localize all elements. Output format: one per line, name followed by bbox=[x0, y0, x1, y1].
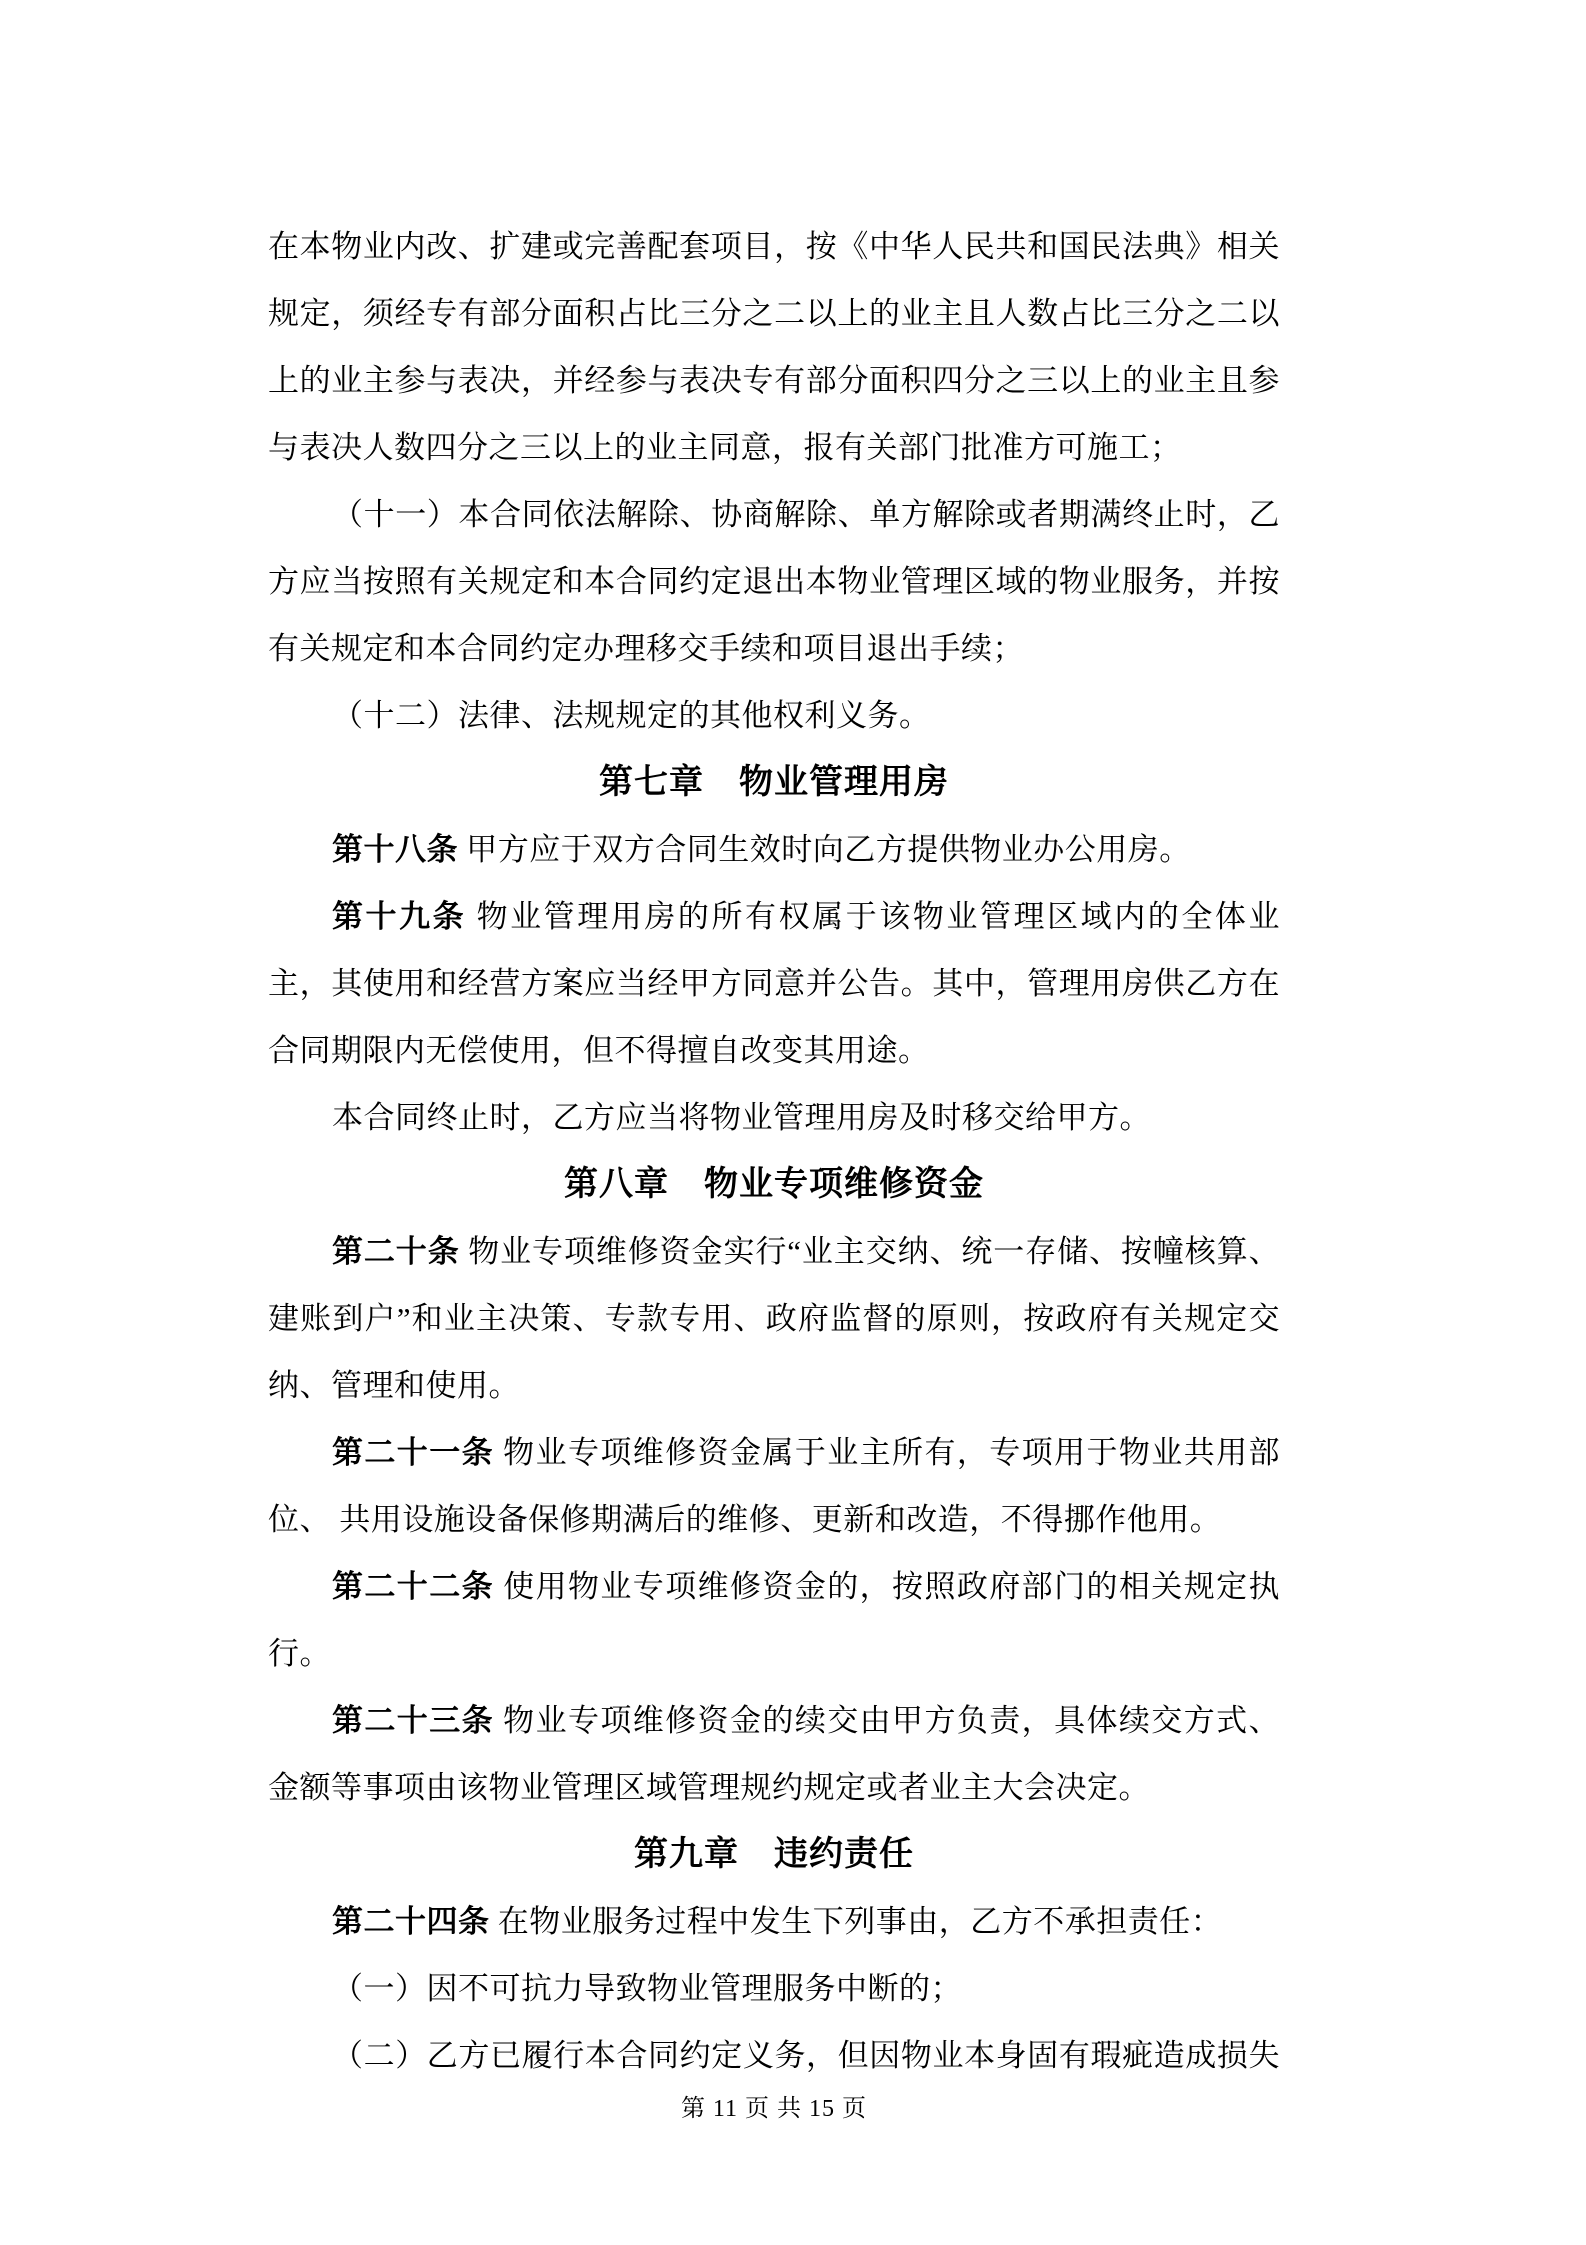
chapter-heading: 第九章 违约责任 bbox=[268, 1821, 1280, 1888]
document-line: 第二十一条 物业专项维修资金属于业主所有，专项用于物业共用部 bbox=[268, 1419, 1280, 1486]
document-line: 在本物业内改、扩建或完善配套项目，按《中华人民共和国民法典》相关 bbox=[268, 213, 1280, 280]
document-line: 位、 共用设施设备保修期满后的维修、更新和改造，不得挪作他用。 bbox=[268, 1486, 1280, 1553]
chapter-heading: 第八章 物业专项维修资金 bbox=[268, 1151, 1280, 1218]
article-number: 第二十一条 bbox=[332, 1435, 494, 1470]
article-number: 第十八条 bbox=[332, 832, 458, 867]
chapter-heading: 第七章 物业管理用房 bbox=[268, 749, 1280, 816]
article-number: 第二十条 bbox=[332, 1234, 460, 1269]
article-number: 第二十三条 bbox=[332, 1703, 494, 1738]
document-line: 第二十条 物业专项维修资金实行“业主交纳、统一存储、按幢核算、 bbox=[268, 1218, 1280, 1285]
document-line: 方应当按照有关规定和本合同约定退出本物业管理区域的物业服务，并按 bbox=[268, 548, 1280, 615]
document-page: 在本物业内改、扩建或完善配套项目，按《中华人民共和国民法典》相关规定，须经专有部… bbox=[268, 213, 1280, 2089]
article-number: 第十九条 bbox=[332, 899, 466, 934]
document-line: 规定，须经专有部分面积占比三分之二以上的业主且人数占比三分之二以 bbox=[268, 280, 1280, 347]
document-line: 有关规定和本合同约定办理移交手续和项目退出手续； bbox=[268, 615, 1280, 682]
document-line: 本合同终止时，乙方应当将物业管理用房及时移交给甲方。 bbox=[268, 1084, 1280, 1151]
document-line: 上的业主参与表决，并经参与表决专有部分面积四分之三以上的业主且参 bbox=[268, 347, 1280, 414]
document-line: 建账到户”和业主决策、专款专用、政府监督的原则，按政府有关规定交 bbox=[268, 1285, 1280, 1352]
document-line: 第二十三条 物业专项维修资金的续交由甲方负责，具体续交方式、 bbox=[268, 1687, 1280, 1754]
document-line: 合同期限内无偿使用，但不得擅自改变其用途。 bbox=[268, 1017, 1280, 1084]
document-line: （十一）本合同依法解除、协商解除、单方解除或者期满终止时，乙 bbox=[268, 481, 1280, 548]
document-line: 第十九条 物业管理用房的所有权属于该物业管理区域内的全体业 bbox=[268, 883, 1280, 950]
document-line: 第二十四条 在物业服务过程中发生下列事由，乙方不承担责任： bbox=[268, 1888, 1280, 1955]
document-line: 第二十二条 使用物业专项维修资金的，按照政府部门的相关规定执 bbox=[268, 1553, 1280, 1620]
article-number: 第二十四条 bbox=[332, 1904, 490, 1939]
document-line: 第十八条 甲方应于双方合同生效时向乙方提供物业办公用房。 bbox=[268, 816, 1280, 883]
page-footer: 第 11 页 共 15 页 bbox=[268, 2086, 1280, 2132]
document-line: 与表决人数四分之三以上的业主同意，报有关部门批准方可施工； bbox=[268, 414, 1280, 481]
document-line: （十二）法律、法规规定的其他权利义务。 bbox=[268, 682, 1280, 749]
document-line: 行。 bbox=[268, 1620, 1280, 1687]
document-line: 金额等事项由该物业管理区域管理规约规定或者业主大会决定。 bbox=[268, 1754, 1280, 1821]
document-line: （二）乙方已履行本合同约定义务，但因物业本身固有瑕疵造成损失 bbox=[268, 2022, 1280, 2089]
document-line: （一）因不可抗力导致物业管理服务中断的； bbox=[268, 1955, 1280, 2022]
document-line: 主，其使用和经营方案应当经甲方同意并公告。其中，管理用房供乙方在 bbox=[268, 950, 1280, 1017]
document-line: 纳、管理和使用。 bbox=[268, 1352, 1280, 1419]
article-number: 第二十二条 bbox=[332, 1569, 494, 1604]
